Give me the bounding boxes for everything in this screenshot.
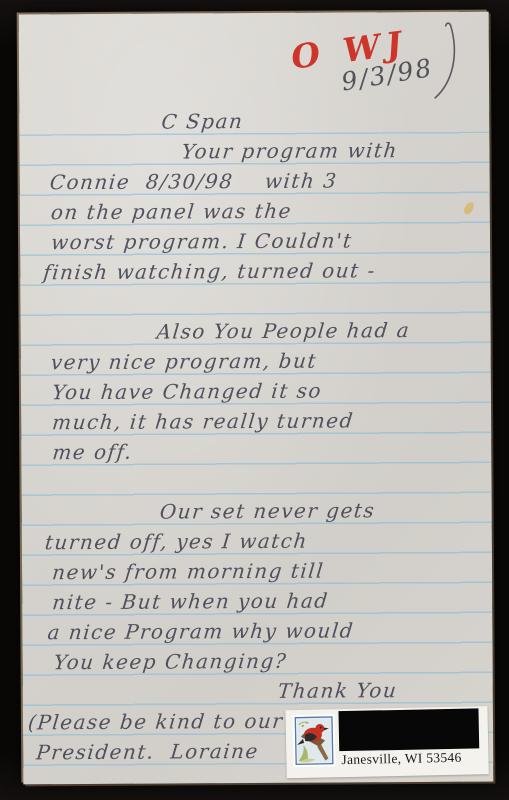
letter-line: Connie 8/30/98 with 3 <box>48 168 338 198</box>
letter-line: Also You People had a <box>155 318 411 348</box>
letter-line: new's from morning till <box>51 559 326 589</box>
letter-line: finish watching, turned out - <box>42 258 377 288</box>
letter-line: worst program. I Couldn't <box>50 228 354 258</box>
pen-flourish-stroke <box>427 20 468 102</box>
letter-line: President. Loraine <box>35 739 260 768</box>
tape-residue-spot <box>462 201 475 216</box>
letter-line: nite - But when you had <box>51 589 330 619</box>
letter-line: me off. <box>51 440 134 469</box>
letter-line: (Please be kind to our <box>27 709 285 739</box>
letter-line: Your program with <box>180 138 399 167</box>
letter-line: very nice program, but <box>49 349 318 379</box>
letter-line: much, it has really turned <box>51 408 355 438</box>
letter-line: on the panel was the <box>49 199 293 228</box>
letter-line: turned off, yes I watch <box>44 529 310 559</box>
letter-line: a nice Program why would <box>46 618 355 648</box>
address-label: Janesville, WI 53546 <box>285 706 488 778</box>
bird-stamp-icon <box>293 714 336 767</box>
address-city-line: Janesville, WI 53546 <box>341 749 486 768</box>
letter-line: C Span <box>160 109 245 138</box>
letter-line: Thank You <box>276 678 398 707</box>
letter-line: You have Changed it so <box>51 379 324 409</box>
letter-paper: O WJ 9/3/98 C SpanYour program withConni… <box>19 12 494 785</box>
letter-line: Our set never gets <box>158 498 376 527</box>
letter-line: You keep Changing? <box>52 649 288 678</box>
redacted-name-block <box>338 708 479 751</box>
